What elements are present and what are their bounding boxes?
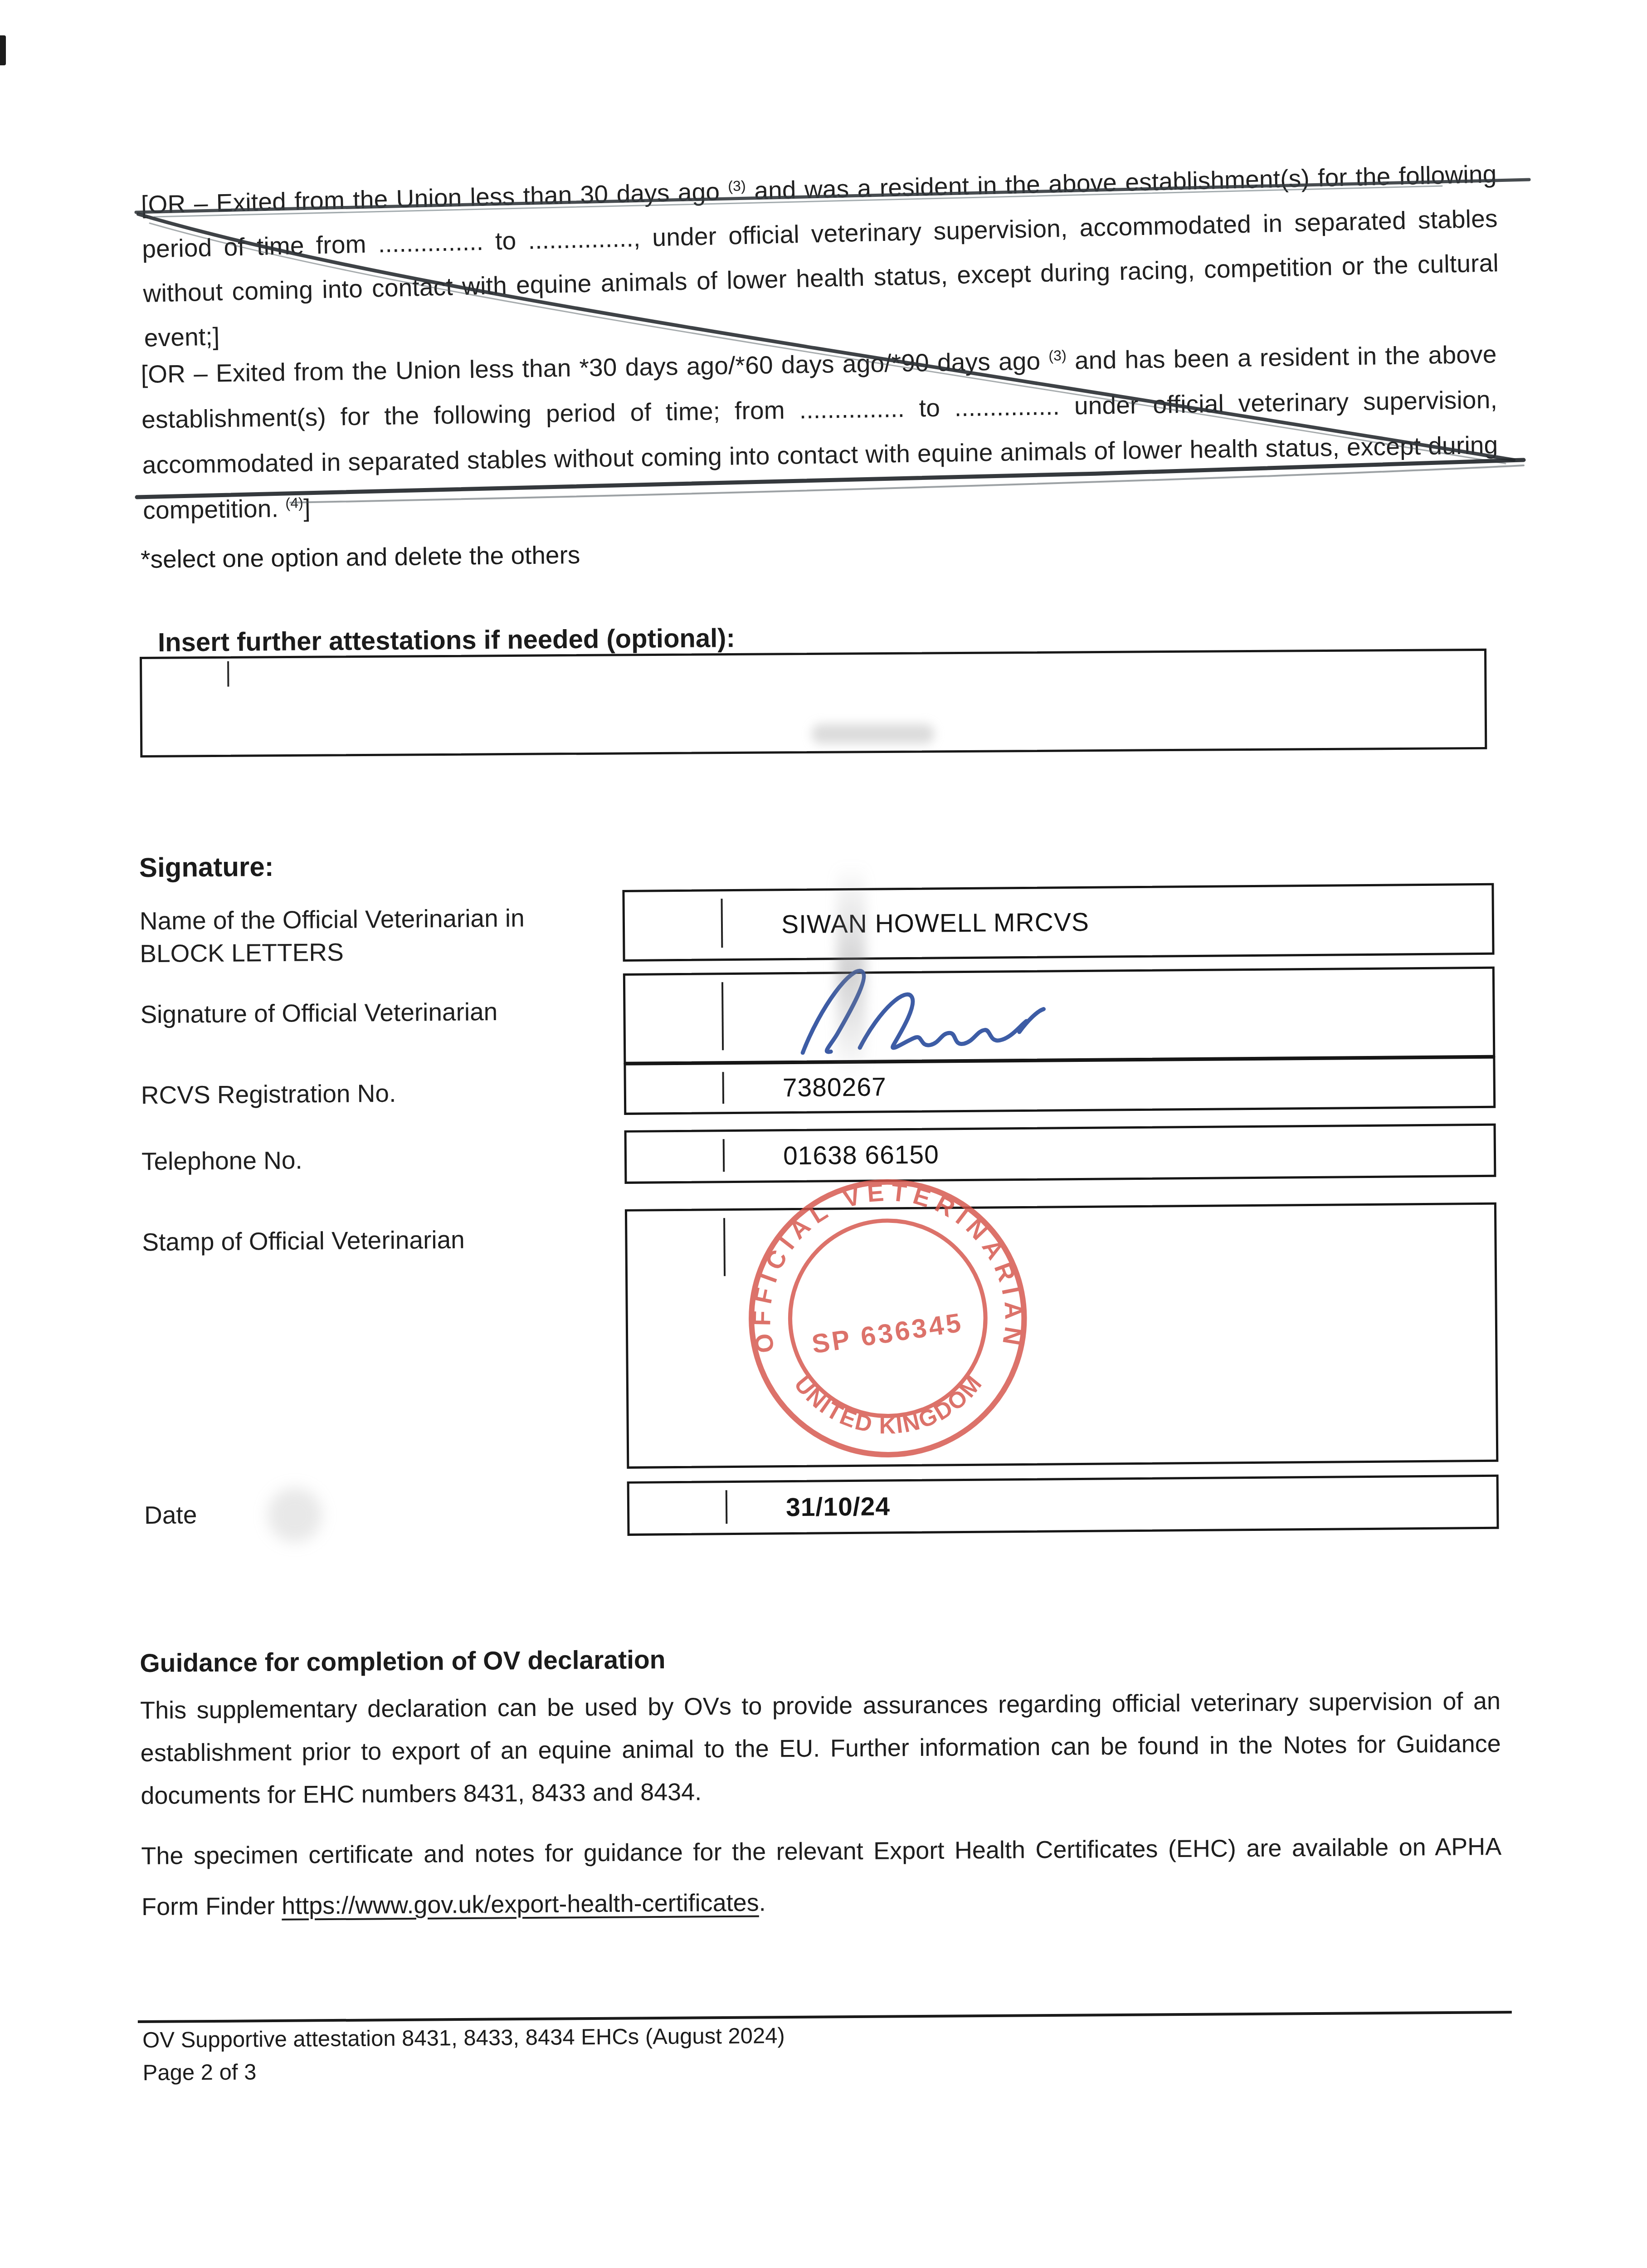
guidance-heading: Guidance for completion of OV declaratio… <box>140 1645 666 1678</box>
guidance-paragraph-2: The specimen certificate and notes for g… <box>141 1821 1502 1932</box>
scanned-document-page: { "document": { "option_paragraphs": [ {… <box>0 0 1647 2268</box>
guidance-paragraph-1: This supplementary declaration can be us… <box>140 1680 1501 1817</box>
paragraph-text: . <box>759 1889 765 1916</box>
export-health-certificates-link[interactable]: https://www.gov.uk/export-health-certifi… <box>282 1889 759 1920</box>
footer-document-title: OV Supportive attestation 8431, 8433, 84… <box>142 2023 785 2053</box>
guidance-section: Guidance for completion of OV declaratio… <box>0 0 1647 2268</box>
footer-page-number: Page 2 of 3 <box>142 2059 256 2086</box>
footer-divider <box>138 2011 1512 2023</box>
